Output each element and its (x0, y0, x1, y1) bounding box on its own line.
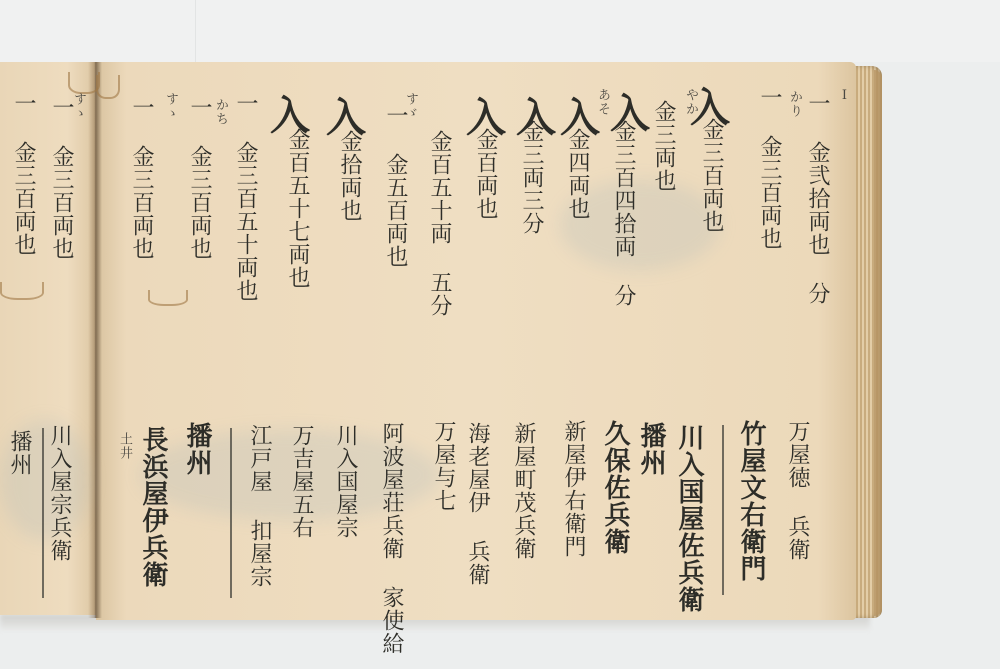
merchant-name: 万屋与七 (432, 420, 454, 512)
merchant-name: 川入国屋宗 (334, 424, 356, 539)
ledger-entry: 一 金三百両也 (12, 92, 34, 256)
ledger-entry: 金三百両也 (700, 118, 722, 233)
merchant-name: 海老屋伊 兵衛 (466, 422, 488, 586)
entry-note: かり (788, 90, 801, 118)
ledger-entry: 金百五十七両也 (286, 128, 308, 289)
water-stain (96, 75, 120, 99)
merchant-name: 新屋伊右衛門 (562, 420, 584, 558)
open-ledger-book: I 一 金弐拾両也 分 かり 一 金三百両也 入 金三百両也 やか 金三両也 入… (0, 0, 1000, 669)
entry-note: やか (684, 88, 697, 116)
bracket-line (230, 428, 232, 598)
merchant-name: 長浜屋伊兵衛 (140, 426, 166, 588)
page-edge-outer (874, 70, 882, 616)
merchant-name: 播州 (184, 422, 210, 476)
ledger-entry: 金百両也 (474, 128, 496, 220)
ledger-entry: 金三百四拾両 分 (612, 120, 634, 307)
ledger-entry: 一 金三百両也 (758, 86, 780, 250)
merchant-name: 竹屋文右衛門 (738, 420, 764, 582)
merchant-name: 川入国屋佐兵衛 (676, 424, 702, 613)
ledger-entry: 一 金三百両也 (188, 96, 210, 260)
water-stain (148, 290, 188, 306)
entry-note: I (838, 88, 851, 104)
ledger-entry: 一 金三百両也 (50, 96, 72, 260)
bracket-line (722, 425, 724, 595)
merchant-name: 川入屋宗兵衛 (48, 424, 70, 562)
ledger-entry: 一 金弐拾両也 分 (806, 92, 828, 305)
ledger-entry: 一 金三百両也 (130, 96, 152, 260)
merchant-name: 万吉屋五右 (290, 424, 312, 539)
merchant-name: 阿波屋荘兵衛 家使給 (380, 422, 402, 655)
ledger-entry: 金百五十両 五分 (428, 130, 450, 317)
water-stain (0, 282, 44, 300)
entry-note: すゝ (164, 92, 177, 120)
merchant-name: 播州 (638, 422, 664, 476)
binding-gutter (88, 62, 102, 618)
entry-note: 土井 (118, 432, 131, 460)
ledger-entry: 一 金五百両也 (384, 104, 406, 268)
entry-note: かち (214, 98, 227, 126)
merchant-name: 新屋町茂兵衛 (512, 422, 534, 560)
ledger-entry: 金拾両也 (338, 130, 360, 222)
ledger-entry: 金三両也 (652, 100, 674, 192)
merchant-name: 万屋徳 兵衛 (786, 420, 808, 561)
merchant-name: 播州 (8, 430, 30, 476)
ledger-entry: 一 金三百五十両也 (234, 92, 256, 302)
ledger-entry: 金三両三分 (520, 120, 542, 235)
bracket-line (42, 428, 44, 598)
ledger-entry: 金四両也 (566, 128, 588, 220)
merchant-name: 久保佐兵衛 (602, 420, 628, 555)
merchant-name: 江戸屋 扣屋宗 (248, 424, 270, 588)
